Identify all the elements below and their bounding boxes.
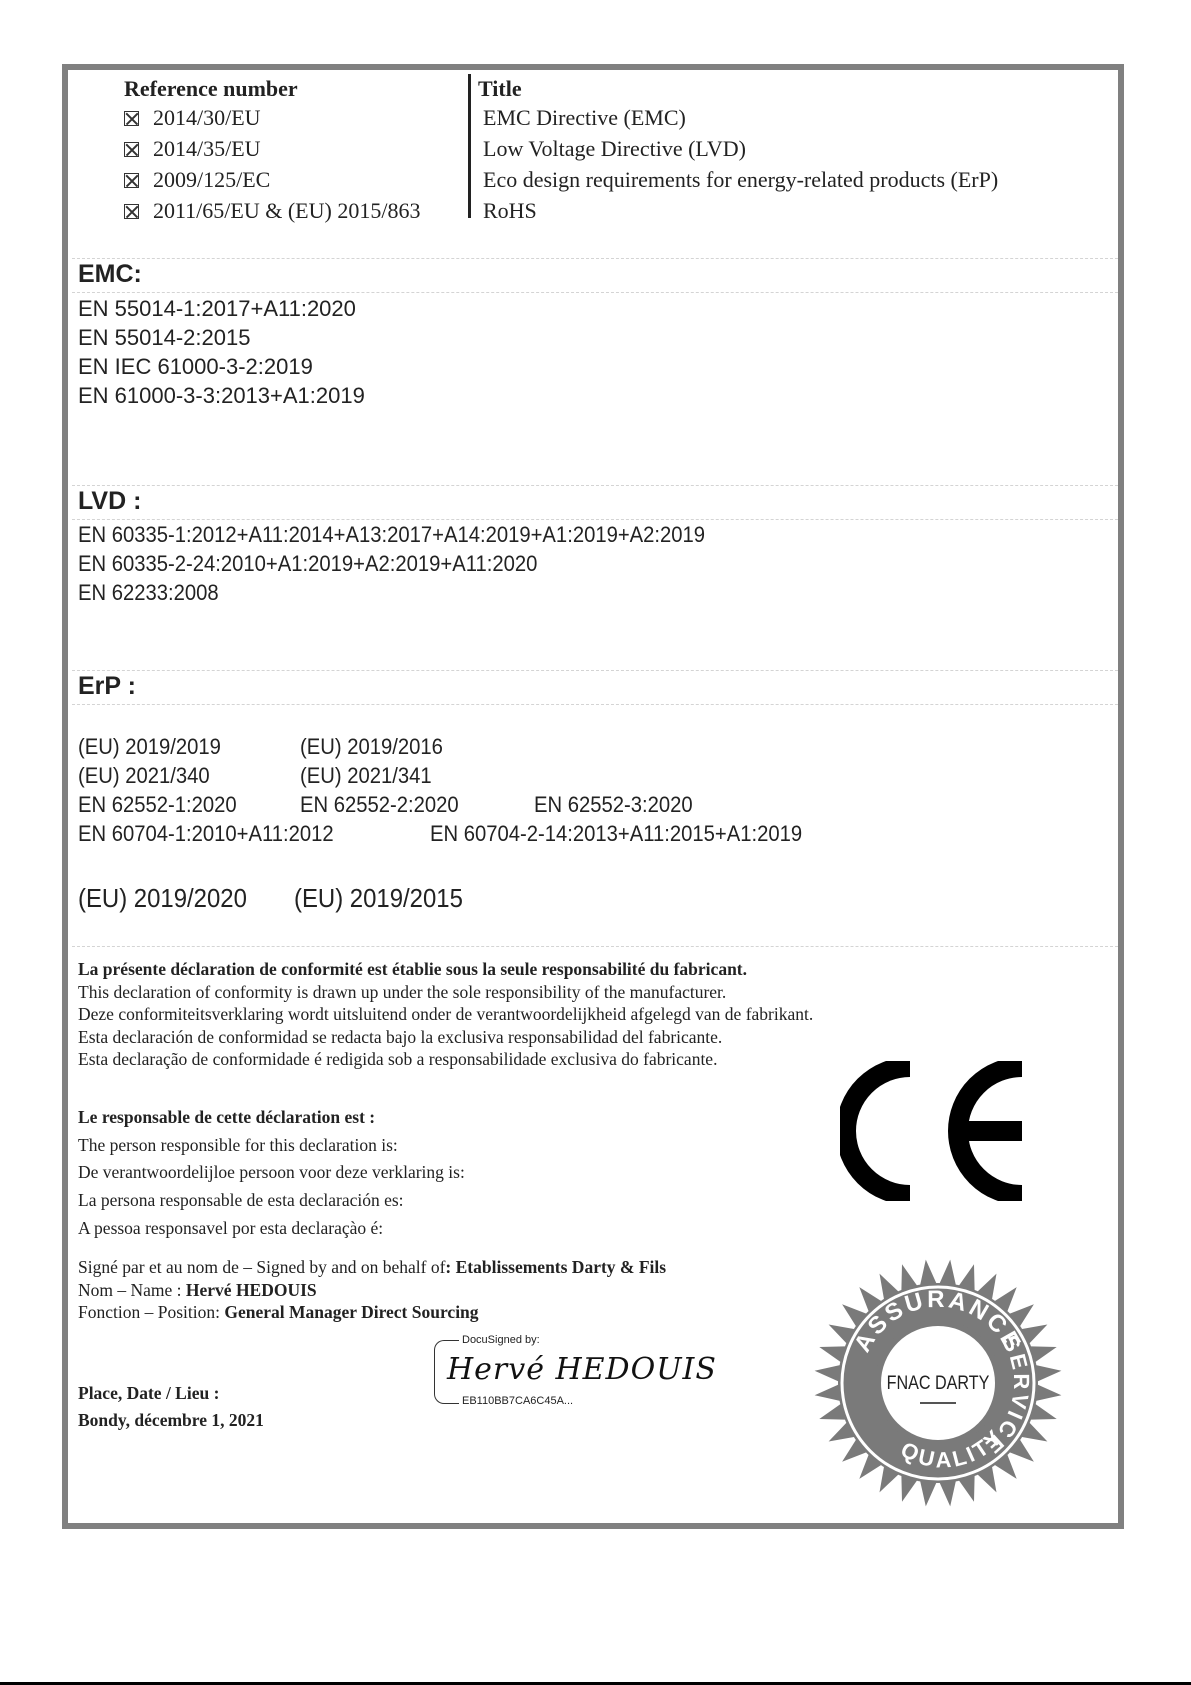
- section-divider: [72, 485, 1118, 487]
- directive-title: Eco design requirements for energy-relat…: [483, 167, 998, 193]
- checked-box-icon: [124, 204, 139, 219]
- section-divider: [72, 519, 1118, 521]
- responsible-en: The person responsible for this declarat…: [78, 1132, 465, 1160]
- quality-assurance-seal-icon: ASSURANCE QUALITY SERVICE FNAC DARTY: [810, 1255, 1066, 1511]
- erp-standard: (EU) 2019/2020: [78, 883, 247, 914]
- directive-title: EMC Directive (EMC): [483, 105, 686, 131]
- place-date-value: Bondy, décembre 1, 2021: [78, 1407, 264, 1434]
- docusign-id: EB110BB7CA6C45A...: [462, 1395, 573, 1407]
- directive-row: 2014/30/EU: [124, 105, 261, 131]
- docusign-signature: Hervé HEDOUIS: [447, 1352, 717, 1387]
- lvd-standard: EN 60335-1:2012+A11:2014+A13:2017+A14:20…: [78, 522, 705, 548]
- emc-standard: EN 55014-2:2015: [78, 325, 250, 351]
- directive-title: Low Voltage Directive (LVD): [483, 136, 746, 162]
- erp-standard: (EU) 2019/2019: [78, 734, 221, 760]
- ce-mark-icon: [840, 1061, 1036, 1201]
- docusign-header: DocuSigned by:: [462, 1334, 540, 1346]
- directive-row: 2009/125/EC: [124, 167, 270, 193]
- company-name: : Etablissements Darty & Fils: [445, 1257, 666, 1277]
- declaration-pt: Esta declaração de conformidade é redigi…: [78, 1048, 813, 1071]
- lvd-standard: EN 62233:2008: [78, 580, 219, 606]
- responsible-pt: A pessoa responsavel por esta declaraçào…: [78, 1215, 465, 1243]
- emc-heading: EMC:: [78, 260, 142, 289]
- directive-reference: 2011/65/EU & (EU) 2015/863: [153, 198, 420, 224]
- checked-box-icon: [124, 111, 139, 126]
- table-divider: [468, 74, 471, 218]
- emc-standard: EN IEC 61000-3-2:2019: [78, 354, 313, 380]
- svg-text:FNAC DARTY: FNAC DARTY: [887, 1372, 990, 1394]
- directive-reference: 2014/30/EU: [153, 105, 261, 131]
- reference-number-header: Reference number: [124, 76, 298, 102]
- place-date-label: Place, Date / Lieu :: [78, 1380, 264, 1407]
- responsible-nl: De verantwoordelijloe persoon voor deze …: [78, 1159, 465, 1187]
- erp-standard: EN 60704-2-14:2013+A11:2015+A1:2019: [430, 821, 802, 847]
- responsible-block: Le responsable de cette déclaration est …: [78, 1104, 465, 1243]
- document-frame: Reference number Title 2014/30/EU 2014/3…: [62, 64, 1124, 1529]
- section-divider: [72, 258, 1118, 260]
- section-divider: [72, 704, 1118, 706]
- responsible-lead: Le responsable de cette déclaration est …: [78, 1104, 465, 1132]
- erp-standard: (EU) 2019/2016: [300, 734, 443, 760]
- section-divider: [72, 670, 1118, 672]
- declaration-es: Esta declaración de conformidad se redac…: [78, 1026, 813, 1049]
- signatory-position: Fonction – Position: General Manager Dir…: [78, 1301, 666, 1324]
- declaration-en: This declaration of conformity is drawn …: [78, 981, 813, 1004]
- erp-standard: EN 62552-2:2020: [300, 792, 459, 818]
- erp-standard: (EU) 2021/340: [78, 763, 210, 789]
- lvd-standard: EN 60335-2-24:2010+A1:2019+A2:2019+A11:2…: [78, 551, 537, 577]
- section-divider: [72, 946, 1118, 948]
- declaration-nl: Deze conformiteitsverklaring wordt uitsl…: [78, 1003, 813, 1026]
- declaration-lead: La présente déclaration de conformité es…: [78, 958, 813, 981]
- erp-standard: (EU) 2019/2015: [294, 883, 463, 914]
- erp-standard: EN 62552-1:2020: [78, 792, 237, 818]
- signed-on-behalf: Signé par et au nom de – Signed by and o…: [78, 1256, 666, 1279]
- lvd-heading: LVD :: [78, 487, 141, 516]
- section-divider: [72, 292, 1118, 294]
- directive-reference: 2014/35/EU: [153, 136, 261, 162]
- signatory-name: Nom – Name : Hervé HEDOUIS: [78, 1279, 666, 1302]
- declaration-block: La présente déclaration de conformité es…: [78, 958, 813, 1071]
- emc-standard: EN 55014-1:2017+A11:2020: [78, 296, 356, 322]
- place-date-block: Place, Date / Lieu : Bondy, décembre 1, …: [78, 1380, 264, 1434]
- directive-row: 2011/65/EU & (EU) 2015/863: [124, 198, 420, 224]
- erp-standard: EN 62552-3:2020: [534, 792, 693, 818]
- emc-standard: EN 61000-3-3:2013+A1:2019: [78, 383, 365, 409]
- checked-box-icon: [124, 173, 139, 188]
- title-header: Title: [478, 76, 522, 102]
- erp-standard: (EU) 2021/341: [300, 763, 432, 789]
- erp-standard: EN 60704-1:2010+A11:2012: [78, 821, 334, 847]
- directive-row: 2014/35/EU: [124, 136, 261, 162]
- directive-reference: 2009/125/EC: [153, 167, 270, 193]
- signatory-block: Signé par et au nom de – Signed by and o…: [78, 1256, 666, 1324]
- directive-title: RoHS: [483, 198, 537, 224]
- responsible-es: La persona responsable de esta declaraci…: [78, 1187, 465, 1215]
- erp-heading: ErP :: [78, 672, 136, 701]
- checked-box-icon: [124, 142, 139, 157]
